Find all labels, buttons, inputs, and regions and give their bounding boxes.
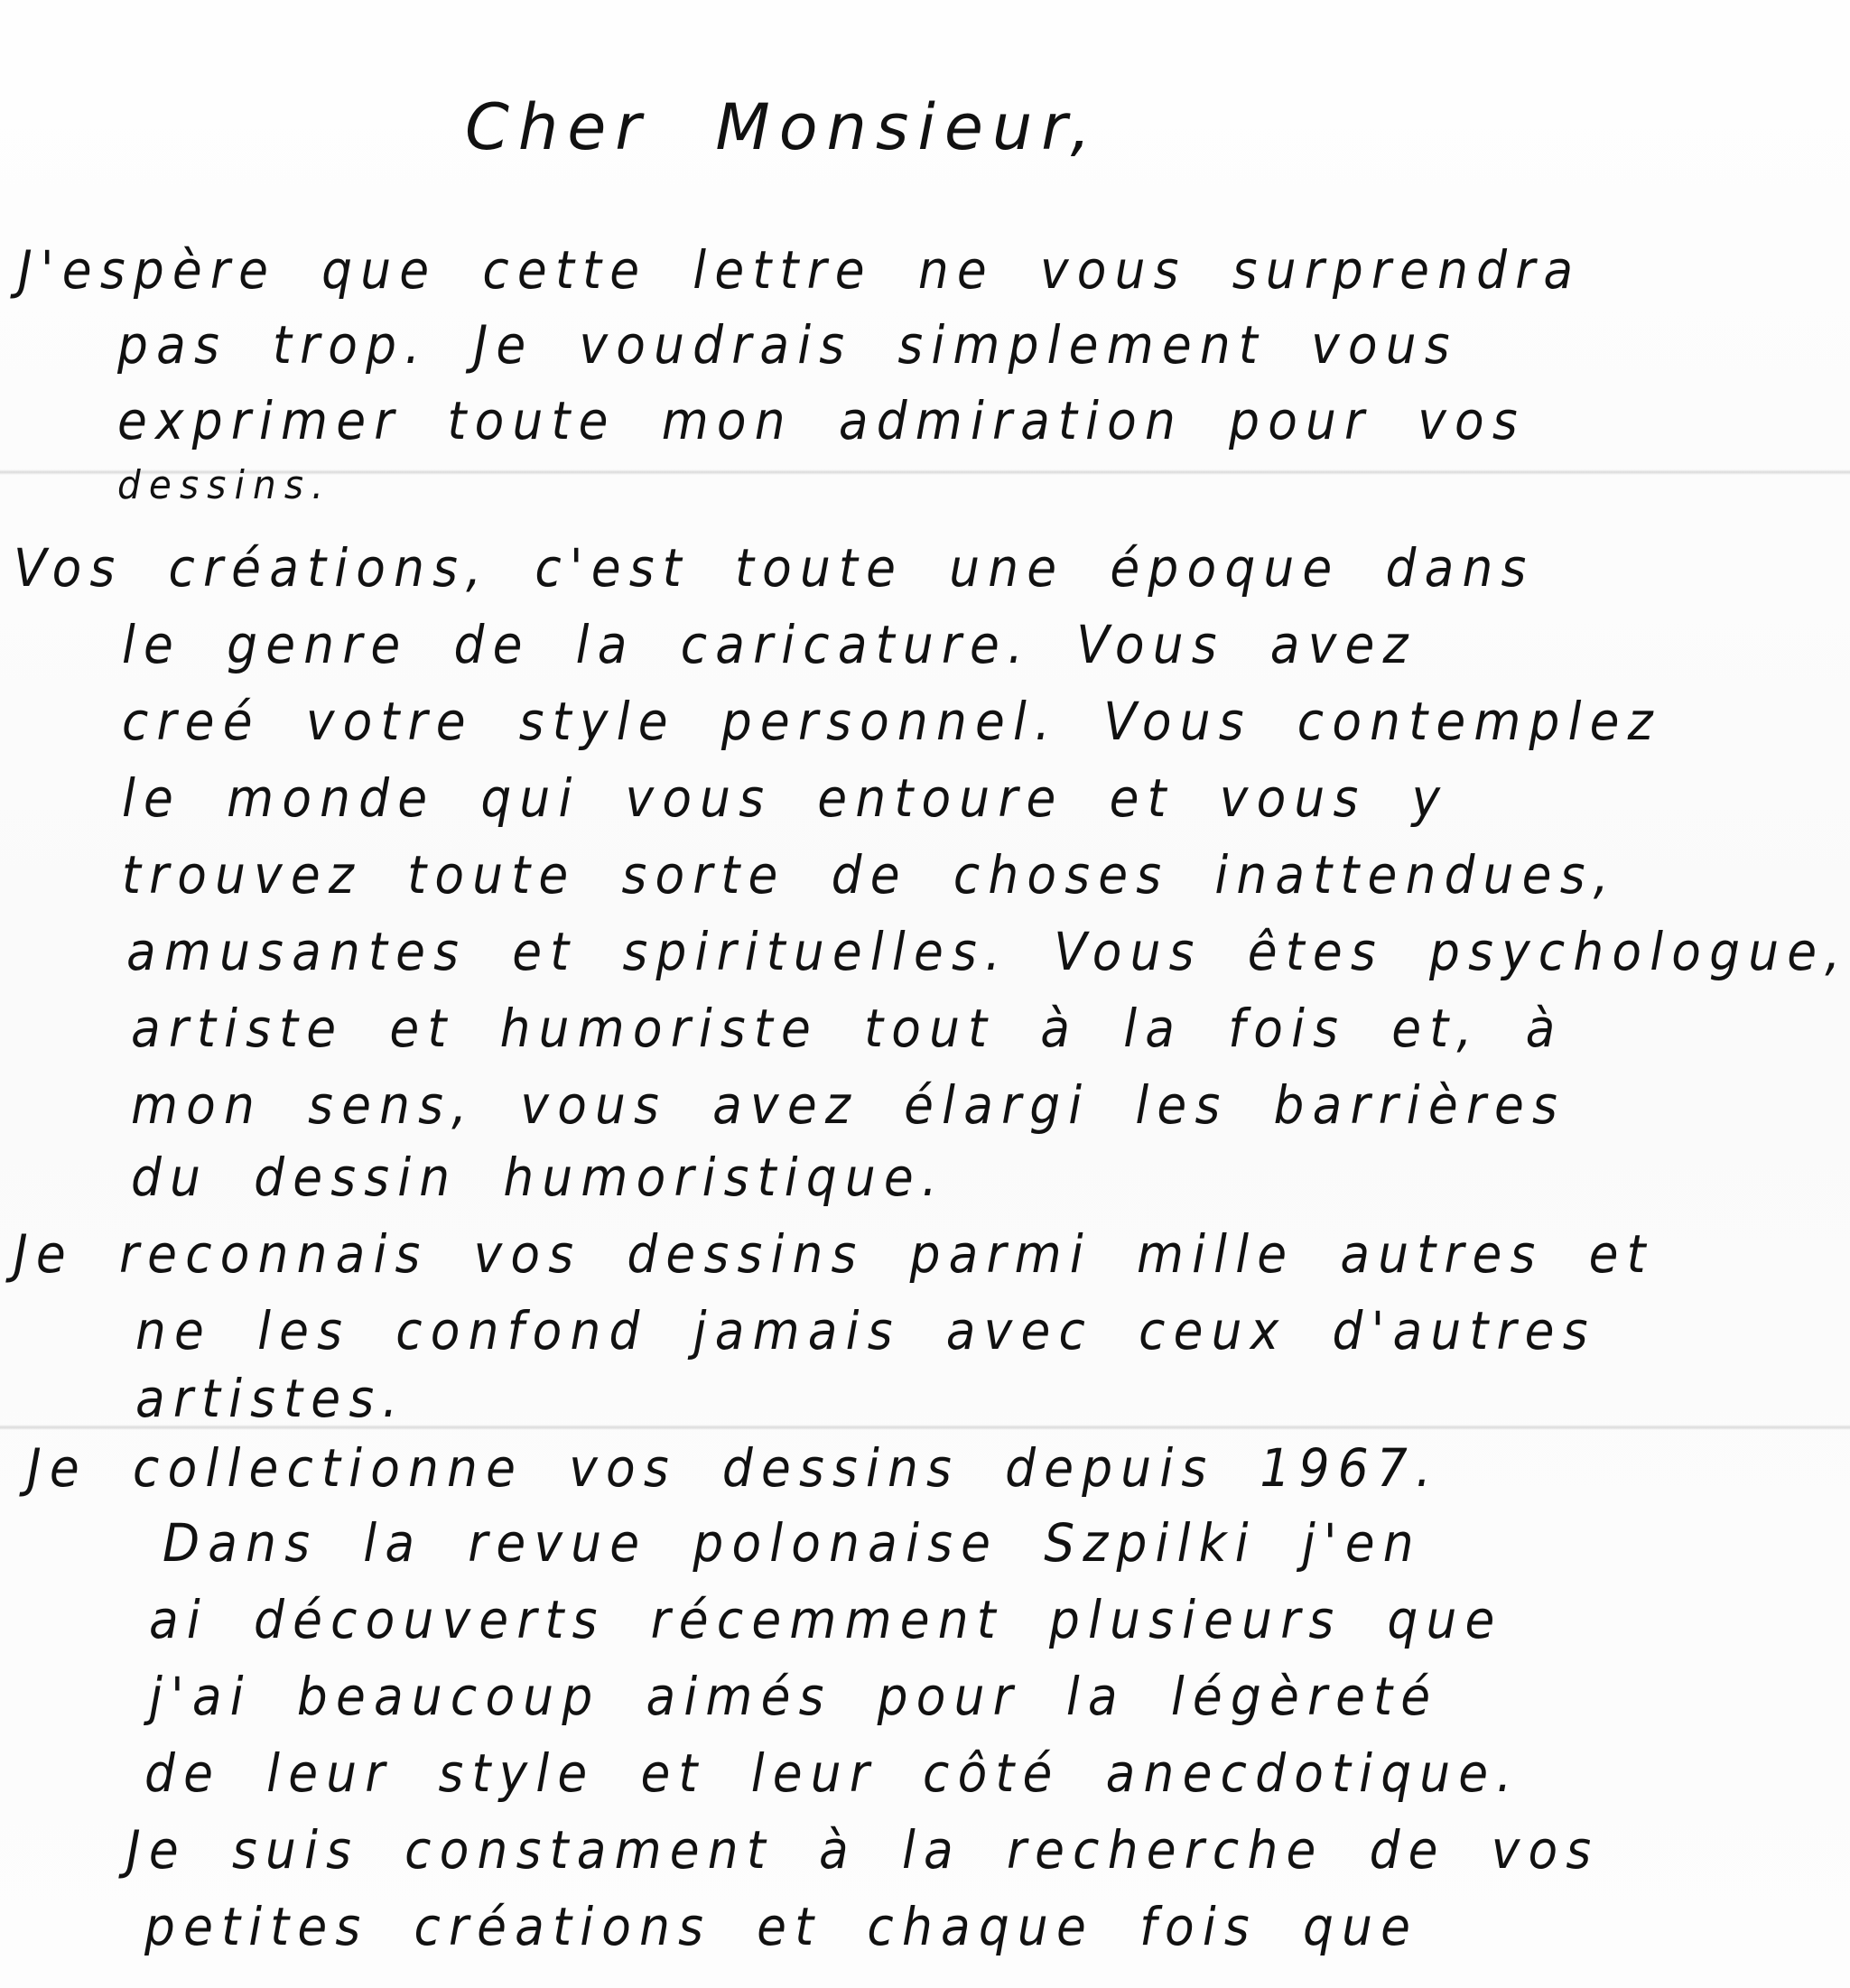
letter-line: le monde qui vous entoure et vous y (122, 767, 1448, 829)
letter-line: du dessin humoristique. (131, 1147, 945, 1208)
letter-line: mon sens, vous avez élargi les barrières (131, 1074, 1566, 1136)
letter-line: de leur style et leur côté anecdotique. (144, 1742, 1520, 1804)
letter-line: artiste et humoriste tout à la fois et, … (131, 998, 1564, 1059)
letter-line: pas trop. Je voudrais simplement vous (117, 314, 1458, 376)
salutation: Cher Monsieur, (465, 90, 1100, 164)
letter-line: Vos créations, c'est toute une époque da… (14, 537, 1535, 599)
letter-line: Je reconnais vos dessins parmi mille aut… (14, 1223, 1654, 1285)
letter-line: ai découverts récemment plusieurs que (149, 1589, 1503, 1650)
letter-line: j'ai beaucoup aimés pour la légèreté (149, 1666, 1438, 1727)
letter-line: creé votre style personnel. Vous contemp… (122, 691, 1661, 752)
letter-line: Je collectionne vos dessins depuis 1967. (27, 1437, 1439, 1499)
letter-line: amusantes et spirituelles. Vous êtes psy… (126, 921, 1848, 982)
letter-line: exprimer toute mon admiration pour vos (117, 390, 1526, 451)
letter-line: le genre de la caricature. Vous avez (122, 614, 1417, 675)
letter-line: J'espère que cette lettre ne vous surpre… (18, 239, 1581, 301)
letter-line: trouvez toute sorte de choses inattendue… (122, 844, 1617, 906)
letter-line: artistes. (135, 1368, 406, 1429)
letter-line: petites créations et chaque fois que (144, 1896, 1418, 1957)
letter-line: Dans la revue polonaise Szpilki j'en (163, 1512, 1422, 1574)
letter-line: dessins. (117, 462, 331, 508)
letter-line: ne les confond jamais avec ceux d'autres (135, 1300, 1596, 1361)
letter-line: Je suis constament à la recherche de vos (126, 1819, 1599, 1881)
